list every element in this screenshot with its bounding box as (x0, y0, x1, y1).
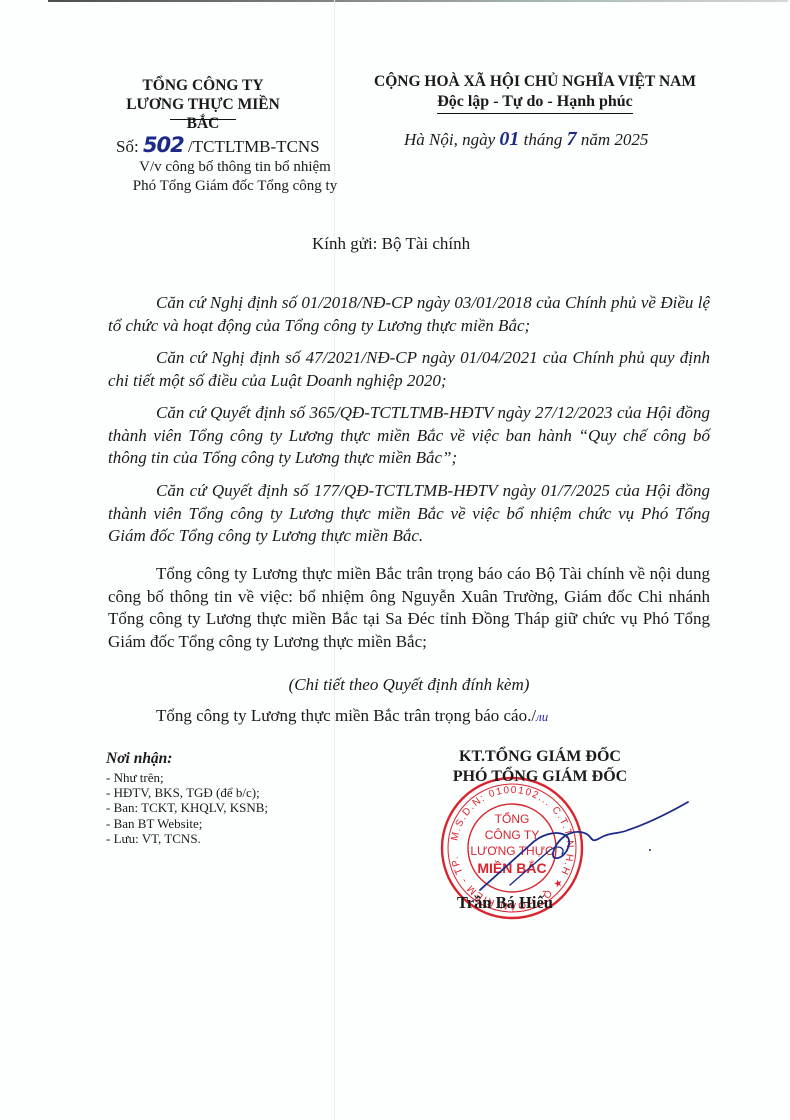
day-handwritten: 01 (499, 128, 519, 150)
doc-no-handwritten: 502 (143, 133, 184, 157)
scan-edge (48, 0, 788, 2)
signatory-title-line-1: KT.TỔNG GIÁM ĐỐC (430, 747, 650, 767)
recipient-item: - Lưu: VT, TCNS. (106, 831, 268, 846)
handwritten-signature (470, 790, 690, 900)
signatory-title: KT.TỔNG GIÁM ĐỐC PHÓ TỔNG GIÁM ĐỐC (430, 747, 650, 787)
org-line-2: LƯƠNG THỰC MIỀN BẮC (118, 95, 288, 133)
doc-no-prefix: Số: (116, 137, 139, 156)
doc-no-suffix: /TCTLTMB-TCNS (188, 137, 320, 156)
legal-basis-4: Căn cứ Quyết định số 177/QĐ-TCTLTMB-HĐTV… (108, 480, 710, 548)
legal-basis-3: Căn cứ Quyết định số 365/QĐ-TCTLTMB-HĐTV… (108, 402, 710, 470)
place-prefix: Hà Nội, ngày (404, 130, 495, 149)
document-subject: V/v công bố thông tin bổ nhiệm Phó Tổng … (120, 158, 350, 196)
recipients-list: - Như trên; - HĐTV, BKS, TGĐ (để b/c); -… (106, 770, 268, 846)
legal-basis-1: Căn cứ Nghị định số 01/2018/NĐ-CP ngày 0… (108, 292, 710, 337)
org-underline (170, 119, 236, 120)
body-paragraph: Tổng công ty Lương thực miền Bắc trân tr… (108, 563, 710, 653)
month-handwritten: 7 (567, 128, 577, 150)
closing-line: Tổng công ty Lương thực miền Bắc trân tr… (156, 706, 548, 726)
document-number: Số: 502 /TCTLTMB-TCNS (116, 133, 320, 157)
issuing-organization: TỔNG CÔNG TY LƯƠNG THỰC MIỀN BẮC (118, 76, 288, 133)
signatory-title-line-2: PHÓ TỔNG GIÁM ĐỐC (430, 767, 650, 787)
recipient-item: - HĐTV, BKS, TGĐ (để b/c); (106, 785, 268, 800)
org-line-1: TỔNG CÔNG TY (118, 76, 288, 95)
national-title: CỘNG HOÀ XÃ HỘI CHỦ NGHĨA VIỆT NAM Độc l… (360, 72, 710, 114)
initials-mark: ли (536, 709, 548, 724)
nation-name: CỘNG HOÀ XÃ HỘI CHỦ NGHĨA VIỆT NAM (360, 72, 710, 92)
addressee: Kính gửi: Bộ Tài chính (312, 234, 470, 254)
subject-line-1: V/v công bố thông tin bổ nhiệm (120, 158, 350, 177)
recipients-title: Nơi nhận: (106, 750, 172, 768)
recipient-item: - Ban: TCKT, KHQLV, KSNB; (106, 800, 268, 815)
year-text: năm 2025 (581, 130, 649, 149)
closing-text: Tổng công ty Lương thực miền Bắc trân tr… (156, 706, 536, 725)
detail-note: (Chi tiết theo Quyết định đính kèm) (108, 675, 710, 695)
recipient-item: - Như trên; (106, 770, 268, 785)
legal-basis-2: Căn cứ Nghị định số 47/2021/NĐ-CP ngày 0… (108, 347, 710, 392)
subject-line-2: Phó Tổng Giám đốc Tổng công ty (120, 177, 350, 196)
recipient-item: - Ban BT Website; (106, 816, 268, 831)
place-date: Hà Nội, ngày 01 tháng 7 năm 2025 (404, 128, 648, 151)
month-label: tháng (524, 130, 563, 149)
national-motto: Độc lập - Tự do - Hạnh phúc (437, 92, 633, 114)
